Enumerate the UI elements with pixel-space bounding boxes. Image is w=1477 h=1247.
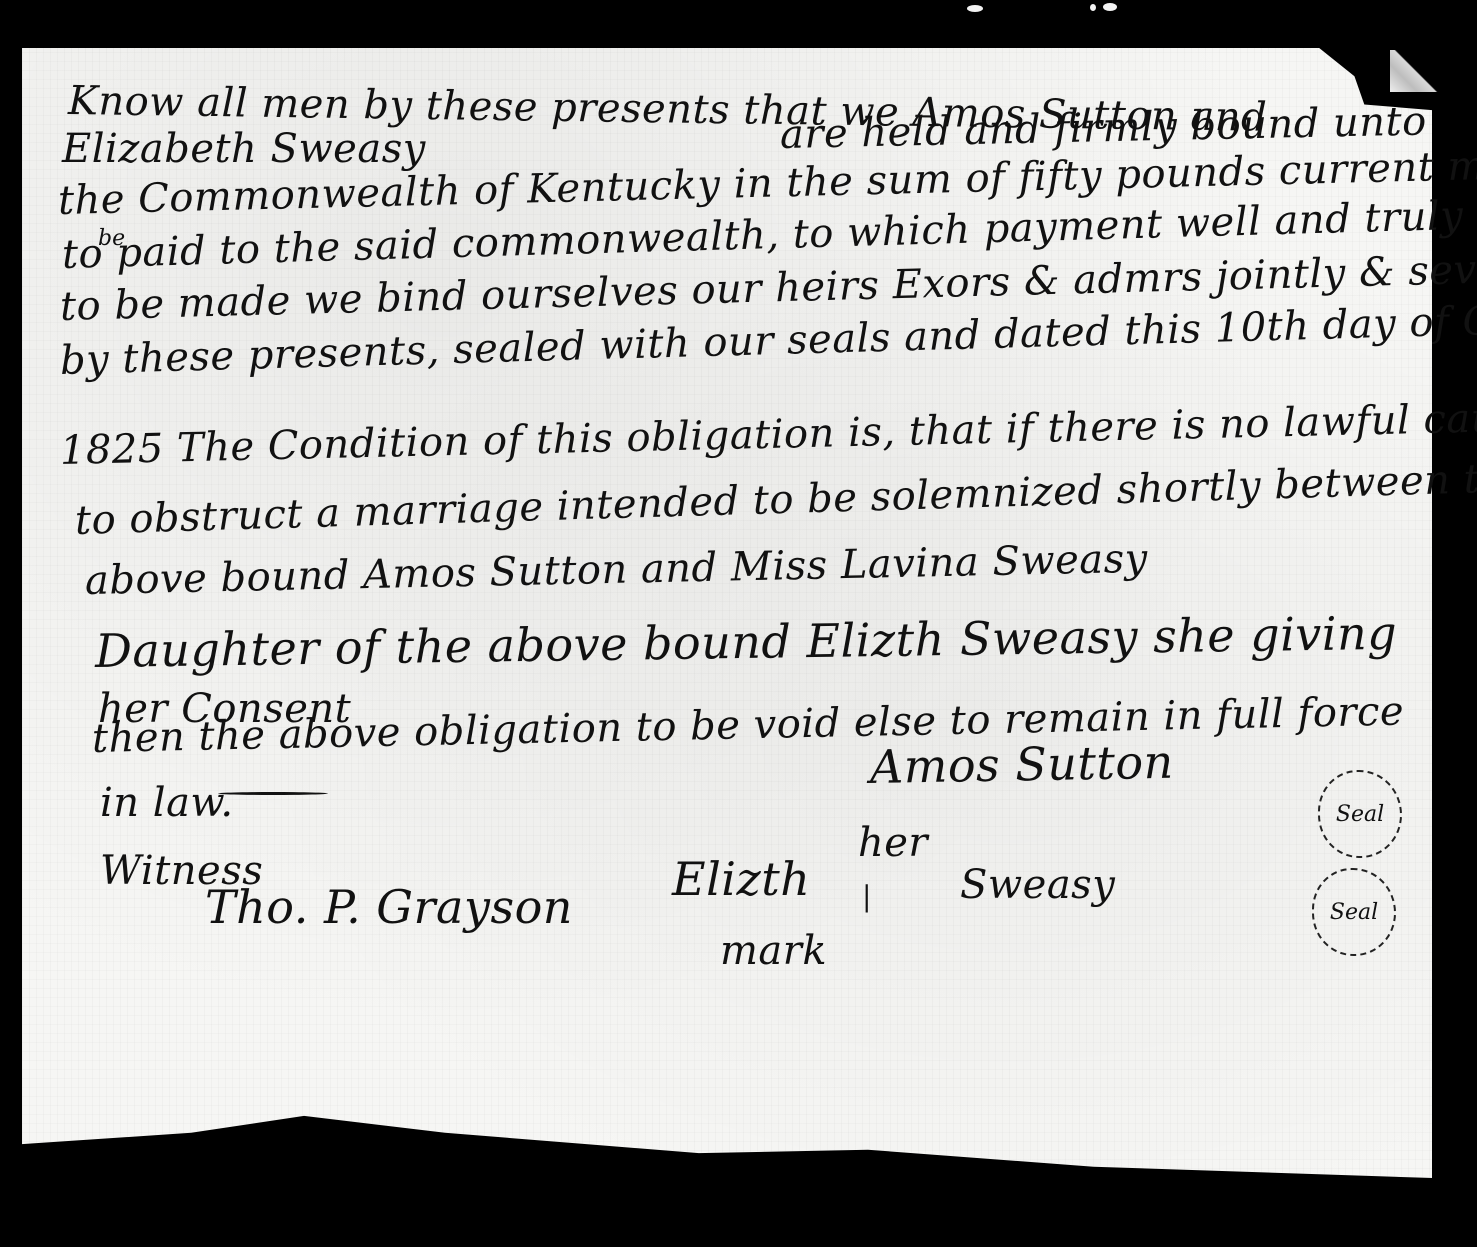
document-line-2-name: Elizabeth Sweasy bbox=[62, 126, 426, 172]
folded-corner bbox=[1390, 50, 1440, 92]
closing-flourish bbox=[218, 792, 328, 795]
seal-1: Seal bbox=[1318, 770, 1402, 858]
mark-label: mark bbox=[720, 928, 827, 974]
mark-signer-first: Elizth bbox=[672, 852, 810, 906]
signer-mark-symbol: | bbox=[862, 880, 871, 913]
scan-speck bbox=[1090, 4, 1096, 11]
seal-label: Seal bbox=[1336, 802, 1384, 827]
mark-her-label: her bbox=[858, 820, 928, 866]
principal-signature: Amos Sutton bbox=[870, 735, 1175, 794]
scan-speck bbox=[1103, 3, 1117, 11]
scan-speck bbox=[967, 5, 983, 12]
mark-signer-last: Sweasy bbox=[960, 862, 1115, 908]
witness-signature: Tho. P. Grayson bbox=[205, 880, 573, 934]
scanned-document: Know all men by these presents that we A… bbox=[0, 0, 1477, 1247]
seal-2: Seal bbox=[1312, 868, 1396, 956]
bond-signer-name: Elizabeth Sweasy bbox=[62, 126, 426, 172]
seal-label: Seal bbox=[1330, 900, 1378, 925]
scan-border-top bbox=[0, 0, 1477, 30]
document-line-13: in law. bbox=[100, 780, 234, 826]
